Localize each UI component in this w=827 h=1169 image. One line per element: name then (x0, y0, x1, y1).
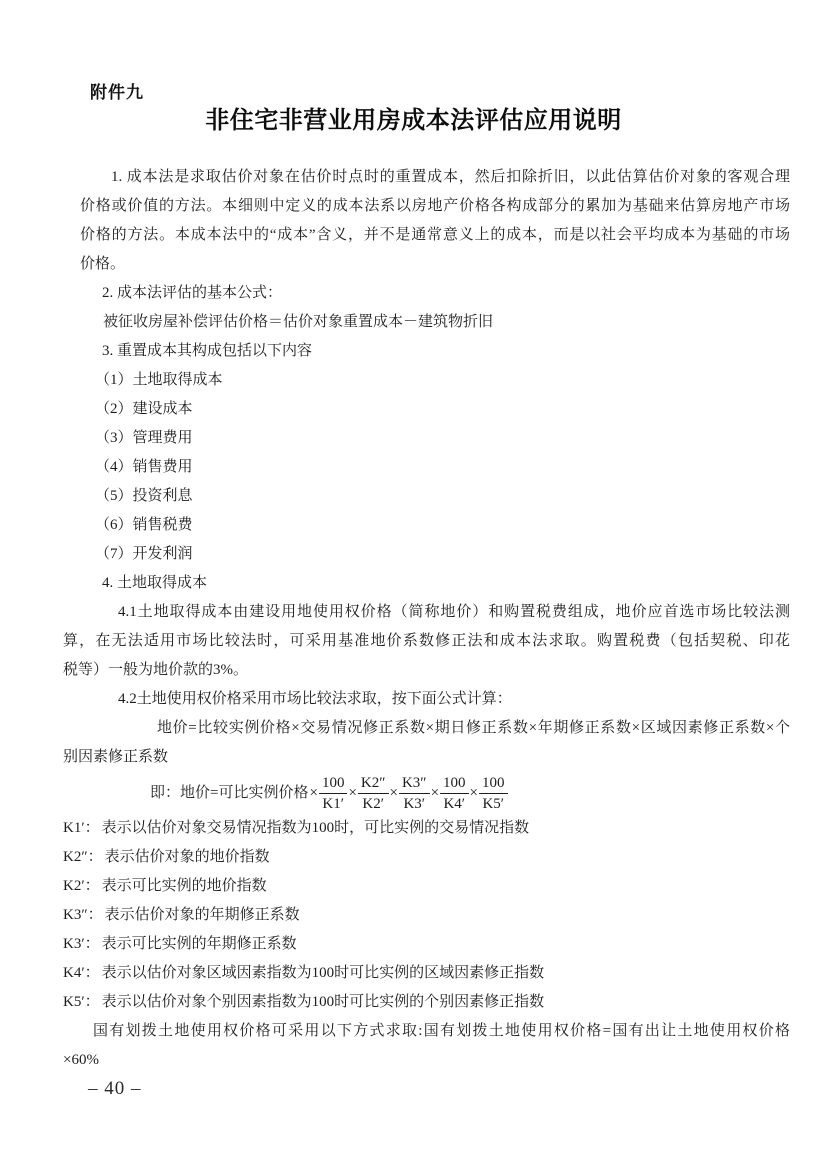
k-definition-k2-double: K2″：表示估价对象的地价指数 (63, 843, 790, 872)
paragraph-line: 价格的方法。本成本法中的“成本”含义，并不是通常意义上的成本，而是以社会平均成本… (80, 221, 790, 250)
paragraph-4-1: 4.1土地取得成本由建设用地使用权价格（简称地价）和购置税费组成，地价应首选市场… (63, 598, 790, 685)
cost-item-construction: （2）建设成本 (63, 395, 790, 424)
basic-formula: 被征收房屋补偿评估价格＝估价对象重置成本－建筑物折旧 (63, 308, 790, 337)
fraction-k5: 100K5′ (479, 774, 508, 813)
k-definition-k4: K4′：表示以估价对象区域因素指数为100时可比实例的区域因素修正指数 (63, 959, 790, 988)
attachment-label: 附件九 (90, 82, 144, 104)
k-definition-k2-prime: K2′：表示可比实例的地价指数 (63, 872, 790, 901)
fraction-k2: K2″K2′ (358, 774, 389, 813)
fraction-k3: K3″K3′ (399, 774, 430, 813)
paragraph-line: 税等）一般为地价款的3%。 (63, 656, 790, 685)
heading-land-acquisition-cost: 4. 土地取得成本 (63, 569, 790, 598)
document-body: 1. 成本法是求取估价对象在估价时点时的重置成本，然后扣除折旧，以此估算估价对象… (63, 163, 790, 1075)
paragraph-line: 价格或价值的方法。本细则中定义的成本法系以房地产价格各构成部分的累加为基础来估算… (80, 192, 790, 221)
heading-basic-formula: 2. 成本法评估的基本公式： (63, 279, 790, 308)
cost-item-land: （1）土地取得成本 (63, 366, 790, 395)
document-page: 附件九 非住宅非营业用房成本法评估应用说明 1. 成本法是求取估价对象在估价时点… (0, 0, 827, 1169)
paragraph-line: 价格。 (80, 250, 790, 279)
k-definition-k3-double: K3″：表示估价对象的年期修正系数 (63, 901, 790, 930)
paragraph-line: 别因素修正系数 (63, 743, 790, 772)
paragraph-line: 算，在无法适用市场比较法时，可采用基准地价系数修正法和成本法求取。购置税费（包括… (63, 627, 790, 656)
k-definition-k3-prime: K3′：表示可比实例的年期修正系数 (63, 930, 790, 959)
k-definition-k1: K1′：表示以估价对象交易情况指数为100时，可比实例的交易情况指数 (63, 814, 790, 843)
paragraph-line: ×60% (63, 1046, 790, 1075)
page-number: – 40 – (88, 1077, 142, 1101)
fraction-k1: 100K1′ (319, 774, 348, 813)
multiply-sign: × (390, 779, 398, 808)
paragraph-line: 地价=比较实例价格×交易情况修正系数×期日修正系数×年期修正系数×区域因素修正系… (63, 714, 790, 743)
paragraph-4-2: 4.2土地使用权价格采用市场比较法求取，按下面公式计算： (63, 685, 790, 714)
paragraph-cost-method-definition: 1. 成本法是求取估价对象在估价时点时的重置成本，然后扣除折旧，以此估算估价对象… (80, 163, 790, 279)
cost-item-sales-expense: （4）销售费用 (63, 453, 790, 482)
multiply-sign: × (348, 779, 356, 808)
formula-prefix: 即：地价=可比实例价格 (150, 779, 308, 808)
multiply-sign: × (431, 779, 439, 808)
fraction-k4: 100K4′ (440, 774, 469, 813)
paragraph-line: 1. 成本法是求取估价对象在估价时点时的重置成本，然后扣除折旧，以此估算估价对象… (80, 163, 790, 192)
allocated-land-note: 国有划拨土地使用权价格可采用以下方式求取:国有划拨土地使用权价格=国有出让土地使… (63, 1017, 790, 1075)
heading-replacement-cost-items: 3. 重置成本其构成包括以下内容 (63, 337, 790, 366)
cost-item-profit: （7）开发利润 (63, 540, 790, 569)
multiply-sign: × (309, 779, 317, 808)
paragraph-line: 国有划拨土地使用权价格可采用以下方式求取:国有划拨土地使用权价格=国有出让土地使… (63, 1017, 790, 1046)
cost-item-management: （3）管理费用 (63, 424, 790, 453)
page-title: 非住宅非营业用房成本法评估应用说明 (0, 106, 827, 136)
k-definition-k5: K5′：表示以估价对象个别因素指数为100时可比实例的个别因素修正指数 (63, 988, 790, 1017)
cost-item-sales-tax: （6）销售税费 (63, 511, 790, 540)
land-price-ratio-formula: 即：地价=可比实例价格 × 100K1′ × K2″K2′ × K3″K3′ ×… (63, 772, 790, 814)
market-comparison-formula: 地价=比较实例价格×交易情况修正系数×期日修正系数×年期修正系数×区域因素修正系… (63, 714, 790, 772)
paragraph-line: 4.1土地取得成本由建设用地使用权价格（简称地价）和购置税费组成，地价应首选市场… (63, 598, 790, 627)
cost-item-interest: （5）投资利息 (63, 482, 790, 511)
multiply-sign: × (470, 779, 478, 808)
